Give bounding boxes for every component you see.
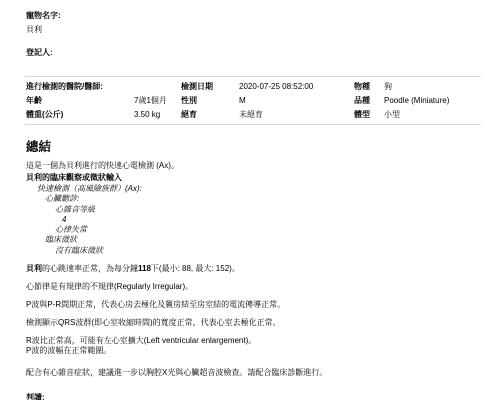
p-wave-line: P波與P-R間期正常，代表心房去極化及竇房結至房室結的電流傳導正常。 xyxy=(26,300,481,310)
info-label-neutered: 絕育 xyxy=(181,110,239,120)
recommendation-line: 配合有心雜音症狀，建議進一步以胸腔X光與心臟超音波檢查。請配合臨床診斷進行。 xyxy=(26,368,481,378)
pet-name-value: 貝利 xyxy=(26,25,481,35)
info-value-body-type: 小型 xyxy=(384,110,481,120)
heart-rate-bpm: 118 xyxy=(138,264,151,273)
summary-intro: 這是一個為貝利進行的快速心電檢測 (Ax)。 xyxy=(26,161,481,171)
info-value-sex: M xyxy=(239,96,354,106)
observation-line: 心律失常 xyxy=(26,225,481,235)
info-label-test-date: 檢測日期 xyxy=(181,82,239,92)
info-label-hospital: 進行檢測的醫院/醫師: xyxy=(26,82,134,92)
heart-rate-range: 下(最小: 88, 最大: 152)。 xyxy=(151,264,240,273)
observation-line: 快速檢測（高風險族群）(Ax): xyxy=(26,184,481,194)
observation-line: 心雜音等級 xyxy=(26,205,481,215)
observation-line: 臨床徵狀 xyxy=(26,235,481,245)
info-value-weight: 3.50 kg xyxy=(134,110,181,120)
rhythm-line: 心節律是有規律的不規律(Regularly Irregular)。 xyxy=(26,282,481,292)
observation-line: 心臟聽診: xyxy=(26,194,481,204)
observation-line: 4 xyxy=(26,215,481,225)
info-label-breed: 品種 xyxy=(354,96,384,106)
registrant-label: 登記人: xyxy=(26,48,481,58)
pet-name-label: 寵物名字: xyxy=(26,11,481,21)
ecg-report-page: 寵物名字: 貝利 登記人: 進行檢測的醫院/醫師: 檢測日期 2020-07-2… xyxy=(0,0,495,400)
info-label-sex: 性別 xyxy=(181,96,239,106)
p-amplitude-line: P波的波幅在正常範圍。 xyxy=(26,346,111,355)
info-value-hospital xyxy=(134,82,181,92)
info-label-weight: 體重(公斤) xyxy=(26,110,134,120)
patient-info-table: 進行檢測的醫院/醫師: 檢測日期 2020-07-25 08:52:00 物種 … xyxy=(25,76,481,125)
observations-block: 快速檢測（高風險族群）(Ax): 心臟聽診: 心雜音等級 4 心律失常 臨床徵狀… xyxy=(26,184,481,256)
summary-heading: 總結 xyxy=(26,140,481,154)
observation-line: 沒有臨床徵狀 xyxy=(26,246,481,256)
qrs-line: 檢測顯示QRS波群(即心室收縮時間)的寬度正常，代表心室去極化正常。 xyxy=(26,318,481,328)
heart-rate-line: 貝利的心跳速率正常，為每分鐘118下(最小: 88, 最大: 152)。 xyxy=(26,264,481,274)
r-wave-paragraph: R波比正常高，可能有左心室擴大(Left ventricular enlarge… xyxy=(26,336,481,356)
heart-rate-pet-name: 貝利 xyxy=(26,264,42,273)
info-label-age: 年齡 xyxy=(26,96,134,106)
info-value-breed: Poodle (Miniature) xyxy=(384,96,481,106)
r-wave-line: R波比正常高，可能有左心室擴大(Left ventricular enlarge… xyxy=(26,336,256,345)
info-value-neutered: 未絕育 xyxy=(239,110,354,120)
observations-heading: 貝利的臨床觀察或徵狀輸入 xyxy=(26,173,481,183)
info-label-body-type: 體型 xyxy=(354,110,384,120)
info-label-species: 物種 xyxy=(354,82,384,92)
heart-rate-text: 的心跳速率正常，為每分鐘 xyxy=(42,264,138,273)
info-value-age: 7歲1個月 xyxy=(134,96,181,106)
interpretation-heading: 判讀: xyxy=(26,393,481,400)
info-value-test-date: 2020-07-25 08:52:00 xyxy=(239,82,354,92)
info-value-species: 狗 xyxy=(384,82,481,92)
